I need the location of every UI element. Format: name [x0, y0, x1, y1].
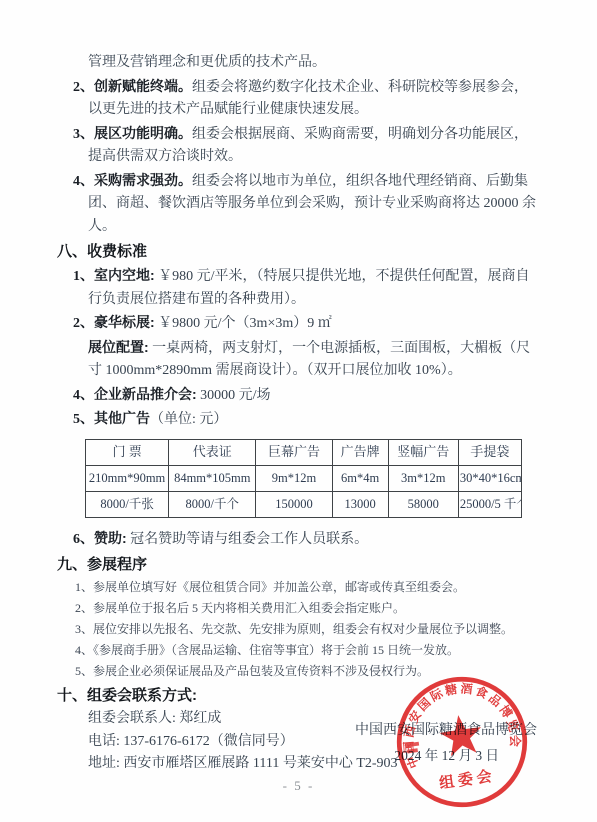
- item-number: 6、: [73, 532, 94, 547]
- col-header-ticket: 门 票: [86, 439, 169, 465]
- item-title: 豪华标展:: [94, 314, 155, 330]
- item-text: （单位: 元）: [150, 412, 227, 427]
- procedure-item: 3、展位安排以先报名、先交款、先安排为原则，组委会有权对少量展位予以调整。: [75, 619, 539, 640]
- document-page: 管理及营销理念和更优质的技术产品。 2、创新赋能终端。组委会将邀约数字化技术企业…: [0, 0, 597, 822]
- list-item-demand: 4、采购需求强劲。组委会将以地市为单位，组织各地代理经销商、后勤集团、商超、餐饮…: [73, 169, 539, 239]
- fee-item-launch-event: 4、企业新品推介会: 30000 元/场: [73, 383, 539, 408]
- item-text: 冠名赞助等请与组委会工作人员联系。: [127, 532, 369, 547]
- cell-size: 30*40*16cm: [458, 465, 521, 491]
- cell-price: 8000/千张: [86, 491, 169, 517]
- item-number: 5、: [73, 412, 94, 427]
- page-number: - 5 -: [0, 778, 597, 794]
- stamp-star-icon: [437, 712, 484, 757]
- col-header-banner: 竖幅广告: [388, 439, 458, 465]
- item-title: 展区功能明确。: [94, 125, 192, 141]
- section-heading-fees: 八、收费标准: [57, 240, 539, 264]
- procedure-item: 4、《参展商手册》（含展品运输、住宿等事宜）将于会前 15 日统一发放。: [75, 640, 539, 661]
- cell-price: 8000/千个: [169, 491, 256, 517]
- item-number: 4、: [73, 388, 94, 403]
- cell-price: 150000: [256, 491, 332, 517]
- procedure-item: 1、参展单位填写好《展位租赁合同》并加盖公章，邮寄或传真至组委会。: [75, 577, 539, 598]
- cell-price: 13000: [332, 491, 388, 517]
- item-text: 一桌两椅，两支射灯，一个电源插板，三面围板，大楣板（尺寸 1000mm*2890…: [88, 341, 530, 379]
- item-text: ￥980 元/平米，（特展只提供光地，不提供任何配置，展商自行负责展位搭建布置的…: [88, 269, 530, 307]
- fee-item-standard-booth: 2、豪华标展: ￥9800 元/个（3m×3m）9 ㎡: [73, 311, 539, 336]
- fee-item-other-ads: 5、其他广告（单位: 元）: [73, 407, 539, 432]
- col-header-screen-ad: 巨幕广告: [256, 439, 332, 465]
- item-title: 企业新品推介会:: [94, 386, 197, 402]
- section-heading-procedure: 九、参展程序: [57, 553, 539, 577]
- item-number: 1、: [73, 269, 94, 284]
- cell-size: 9m*12m: [256, 465, 332, 491]
- table-row-sizes: 210mm*90mm 84mm*105mm 9m*12m 6m*4m 3m*12…: [86, 465, 522, 491]
- cell-price: 58000: [388, 491, 458, 517]
- item-title: 创新赋能终端。: [94, 78, 192, 94]
- cell-size: 3m*12m: [388, 465, 458, 491]
- document-body: 管理及营销理念和更优质的技术产品。 2、创新赋能终端。组委会将邀约数字化技术企业…: [0, 0, 597, 776]
- col-header-bag: 手提袋: [458, 439, 521, 465]
- procedure-item: 2、参展单位于报名后 5 天内将相关费用汇入组委会指定账户。: [75, 598, 539, 619]
- col-header-billboard: 广告牌: [332, 439, 388, 465]
- cell-size: 6m*4m: [332, 465, 388, 491]
- list-item-innovation: 2、创新赋能终端。组委会将邀约数字化技术企业、科研院校等参展参会，以更先进的技术…: [73, 75, 539, 122]
- cell-price: 25000/5 千个: [458, 491, 521, 517]
- advertising-fee-table: 门 票 代表证 巨幕广告 广告牌 竖幅广告 手提袋 210mm*90mm 84m…: [85, 439, 522, 518]
- fee-item-raw-space: 1、室内空地: ￥980 元/平米，（特展只提供光地，不提供任何配置，展商自行负…: [73, 264, 539, 311]
- paragraph-tail: 管理及营销理念和更优质的技术产品。: [88, 52, 539, 75]
- cell-size: 210mm*90mm: [86, 465, 169, 491]
- cell-size: 84mm*105mm: [169, 465, 256, 491]
- col-header-badge: 代表证: [169, 439, 256, 465]
- fee-item-booth-config: 展位配置: 一桌两椅，两支射灯，一个电源插板，三面围板，大楣板（尺寸 1000m…: [88, 336, 539, 383]
- item-title: 室内空地:: [94, 267, 155, 283]
- item-number: 4、: [73, 174, 94, 189]
- item-title: 其他广告: [94, 410, 150, 426]
- item-number: 2、: [73, 316, 94, 331]
- item-number: 3、: [73, 127, 94, 142]
- list-item-zones: 3、展区功能明确。组委会根据展商、采购商需要，明确划分各功能展区，提高供需双方洽…: [73, 122, 539, 169]
- item-title: 采购需求强劲。: [94, 172, 192, 188]
- table-header-row: 门 票 代表证 巨幕广告 广告牌 竖幅广告 手提袋: [86, 439, 522, 465]
- item-text: 30000 元/场: [197, 388, 271, 403]
- item-title: 赞助:: [94, 530, 127, 546]
- item-number: 2、: [73, 80, 94, 95]
- item-title: 展位配置:: [88, 339, 149, 355]
- item-text: ￥9800 元/个（3m×3m）9 ㎡: [155, 316, 332, 331]
- table-row-prices: 8000/千张 8000/千个 150000 13000 58000 25000…: [86, 491, 522, 517]
- fee-item-sponsorship: 6、赞助: 冠名赞助等请与组委会工作人员联系。: [73, 527, 539, 552]
